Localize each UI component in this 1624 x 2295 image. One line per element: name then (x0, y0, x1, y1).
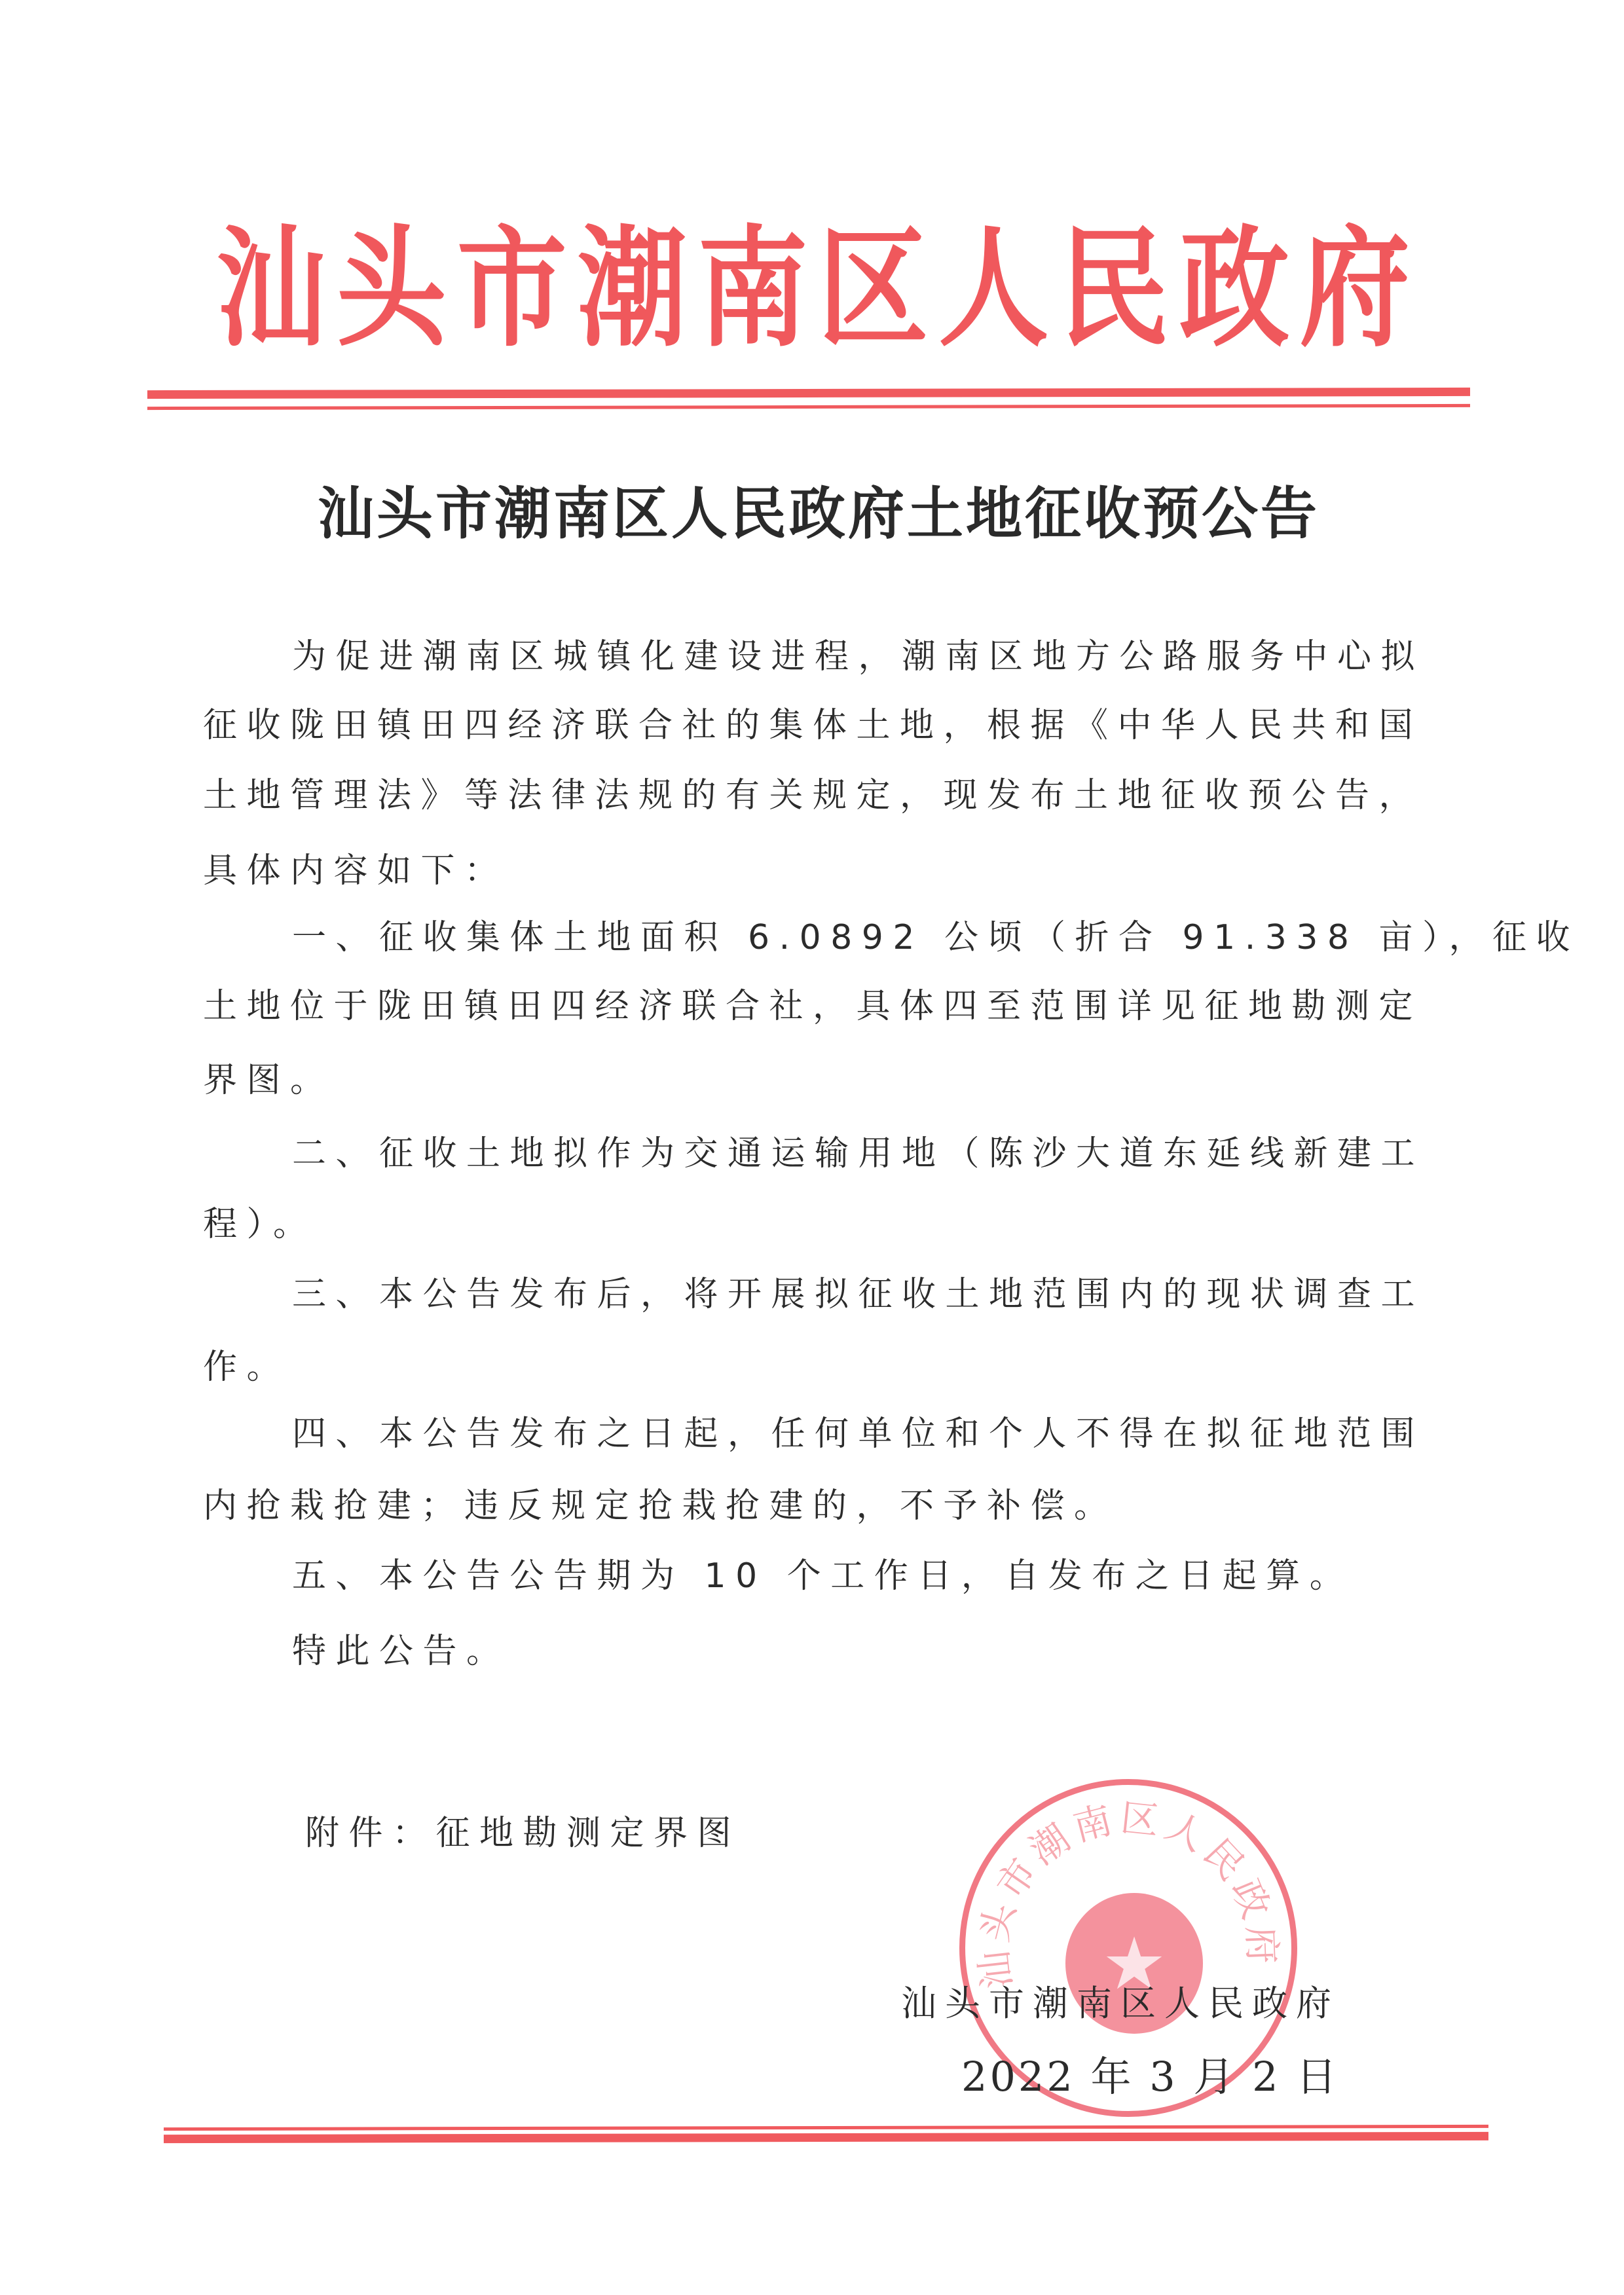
footer-rule-thick (164, 2132, 1488, 2143)
footer-rule-thin (164, 2125, 1488, 2131)
body-line: 特此公告。 (292, 1625, 1536, 1678)
body-line: 一、征收集体土地面积 6.0892 公顷（折合 91.338 亩），征收 (292, 911, 1536, 964)
body-line: 征收陇田镇田四经济联合社的集体土地，根据《中华人民共和国 (203, 699, 1447, 752)
attachment-line: 附件：征地勘测定界图 (305, 1807, 1549, 1860)
masthead-char: 府 (1300, 207, 1408, 369)
body-line: 程）。 (203, 1198, 1447, 1251)
masthead-char: 人 (938, 207, 1046, 369)
body-line: 二、征收土地拟作为交通运输用地（陈沙大道东延线新建工 (292, 1128, 1536, 1180)
body-line: 土地管理法》等法律法规的有关规定，现发布土地征收预公告， (203, 769, 1447, 822)
masthead-char: 头 (337, 207, 445, 369)
body-line: 内抢栽抢建；违反规定抢栽抢建的，不予补偿。 (203, 1480, 1447, 1532)
document-page: 汕 头 市 潮 南 区 人 民 政 府 汕头市潮南区人民政府土地征收预公告 为促… (0, 0, 1624, 2295)
body-line: 为促进潮南区城镇化建设进程，潮南区地方公路服务中心拟 (292, 631, 1536, 683)
body-line: 作。 (203, 1341, 1447, 1393)
masthead-char: 南 (698, 207, 806, 369)
masthead-char: 民 (1059, 207, 1167, 369)
body-line: 四、本公告发布之日起，任何单位和个人不得在拟征地范围 (292, 1408, 1536, 1460)
masthead-char: 区 (818, 207, 926, 369)
masthead-char: 政 (1179, 207, 1287, 369)
issue-date: 2022 年 3 月 2 日 (961, 2051, 1339, 2103)
masthead: 汕 头 市 潮 南 区 人 民 政 府 (216, 216, 1408, 360)
masthead-char: 潮 (578, 207, 686, 369)
body-line: 界图。 (203, 1054, 1447, 1107)
body-line: 土地位于陇田镇田四经济联合社，具体四至范围详见征地勘测定 (203, 980, 1447, 1033)
masthead-char: 汕 (216, 207, 324, 369)
masthead-char: 市 (457, 207, 565, 369)
body-line: 具体内容如下： (203, 845, 1447, 897)
header-rule-thick (147, 388, 1470, 399)
body-line: 五、本公告公告期为 10 个工作日，自发布之日起算。 (292, 1550, 1536, 1602)
document-title: 汕头市潮南区人民政府土地征收预公告 (288, 475, 1349, 553)
body-line: 三、本公告发布后，将开展拟征收土地范围内的现状调查工 (292, 1268, 1536, 1321)
issuer-signature: 汕头市潮南区人民政府 (901, 1977, 1340, 2030)
header-rule-thin (147, 404, 1470, 410)
